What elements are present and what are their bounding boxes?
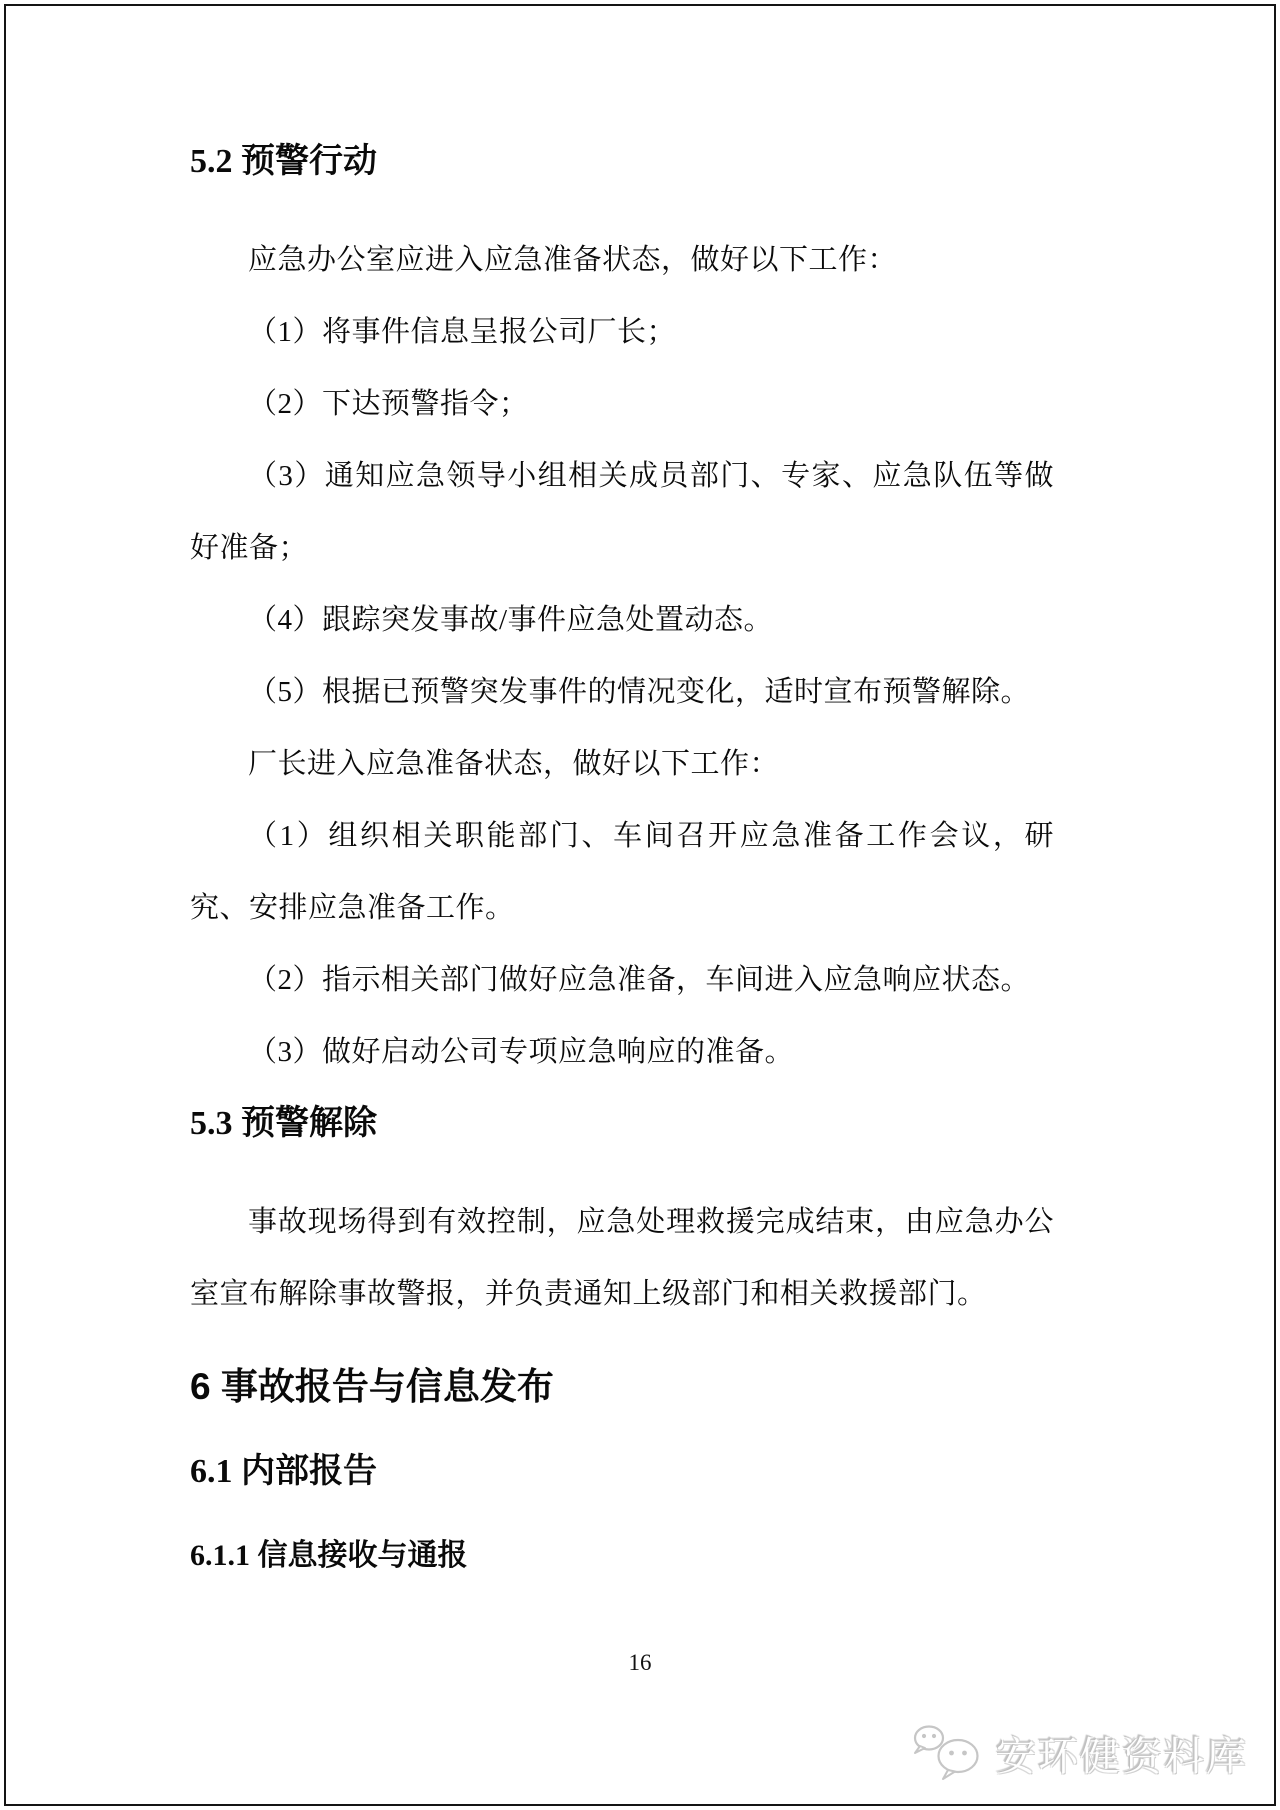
- paragraph-factory-head: 厂长进入应急准备状态，做好以下工作：: [190, 728, 1054, 800]
- list-item-1: （1）将事件信息呈报公司厂长；: [190, 296, 1054, 368]
- brand-watermark: 安环健资料库: [912, 1724, 1248, 1782]
- document-body: 5.2 预警行动 应急办公室应进入应急准备状态，做好以下工作： （1）将事件信息…: [190, 138, 1054, 1578]
- list-item-3: （3）通知应急领导小组相关成员部门、专家、应急队伍等做好准备；: [190, 440, 1054, 584]
- section-heading-5-3: 5.3 预警解除: [190, 1100, 1054, 1148]
- chapter-heading-6: 6 事故报告与信息发布: [190, 1362, 1054, 1412]
- document-page: 5.2 预警行动 应急办公室应进入应急准备状态，做好以下工作： （1）将事件信息…: [0, 0, 1280, 1810]
- brand-watermark-text: 安环健资料库: [996, 1725, 1248, 1782]
- page-number: 16: [0, 1650, 1280, 1676]
- list-item-4: （4）跟踪突发事故/事件应急处置动态。: [190, 584, 1054, 656]
- list-item-b3: （3）做好启动公司专项应急响应的准备。: [190, 1016, 1054, 1088]
- section-heading-6-1: 6.1 内部报告: [190, 1448, 1054, 1496]
- list-item-b1: （1）组织相关职能部门、车间召开应急准备工作会议，研究、安排应急准备工作。: [190, 800, 1054, 944]
- list-item-2: （2）下达预警指令；: [190, 368, 1054, 440]
- paragraph-intro: 应急办公室应进入应急准备状态，做好以下工作：: [190, 224, 1054, 296]
- section-heading-6-1-1: 6.1.1 信息接收与通报: [190, 1534, 1054, 1578]
- wechat-chat-bubbles-icon: [912, 1724, 986, 1782]
- list-item-b2: （2）指示相关部门做好应急准备，车间进入应急响应状态。: [190, 944, 1054, 1016]
- section-heading-5-2: 5.2 预警行动: [190, 138, 1054, 186]
- paragraph-warning-release: 事故现场得到有效控制，应急处理救援完成结束，由应急办公室宣布解除事故警报，并负责…: [190, 1186, 1054, 1330]
- list-item-5: （5）根据已预警突发事件的情况变化，适时宣布预警解除。: [190, 656, 1054, 728]
